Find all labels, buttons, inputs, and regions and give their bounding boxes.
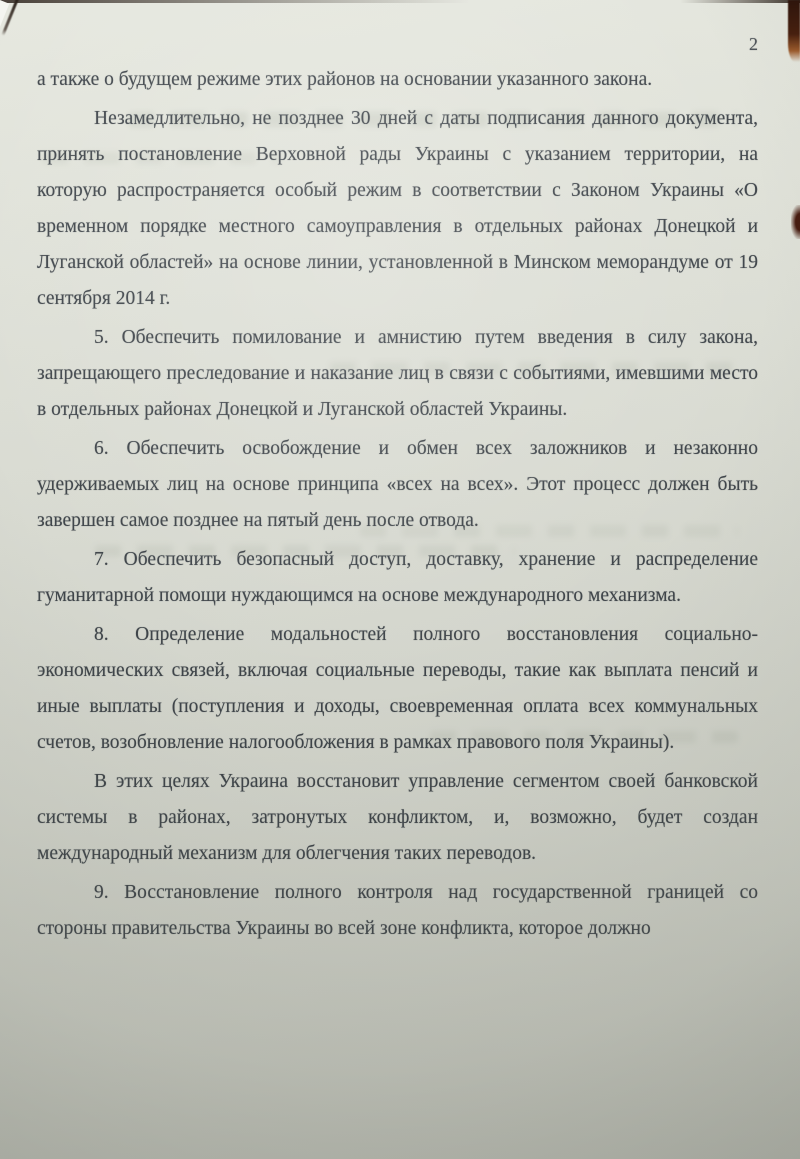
photo-edge-shadow [0,0,470,3]
photo-background-edge [791,205,800,239]
paragraph-item-8-continuation: В этих целях Украина восстановит управле… [37,764,758,872]
photo-edge-shadow [680,0,800,3]
document-body: а также о будущем режиме этих районов на… [37,62,758,950]
paragraph-resolution: Незамедлительно, не позднее 30 дней с да… [37,101,758,317]
document-page: 2 а также о будущем режиме этих районов … [0,0,800,1159]
document-photo: 2 а также о будущем режиме этих районов … [0,0,800,1159]
paragraph-continuation: а также о будущем режиме этих районов на… [37,62,758,98]
paragraph-item-9: 9. Восстановление полного контроля над г… [37,875,758,947]
photo-background-edge [788,0,800,62]
paragraph-item-6: 6. Обеспечить освобождение и обмен всех … [37,431,758,539]
paragraph-item-8: 8. Определение модальностей полного восс… [37,617,758,761]
paragraph-item-5: 5. Обеспечить помилование и амнистию пут… [37,320,758,428]
page-number: 2 [749,34,758,55]
paragraph-item-7: 7. Обеспечить безопасный доступ, доставк… [37,542,758,614]
